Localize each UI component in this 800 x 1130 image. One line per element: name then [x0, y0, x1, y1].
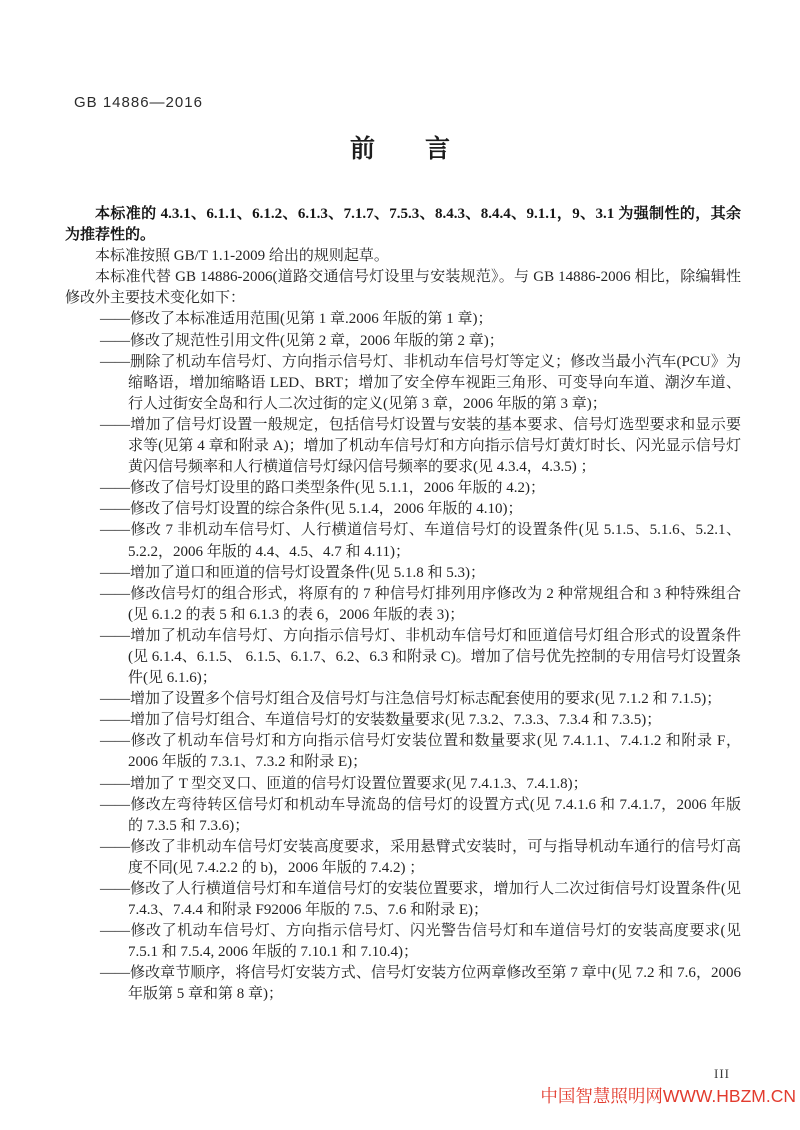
change-item: ——修改信号灯的组合形式，将原有的 7 种信号灯排列用序修改为 2 种常规组合和…	[65, 584, 741, 626]
change-item: ——删除了机动车信号灯、方向指示信号灯、非机动车信号灯等定义；修改当最小汽车(P…	[65, 352, 741, 415]
intro-paragraph: 本标准的 4.3.1、6.1.1、6.1.2、6.1.3、7.1.7、7.5.3…	[65, 204, 741, 246]
change-item: ——修改了信号灯设置的综合条件(见 5.1.4，2006 年版的 4.10)；	[65, 499, 741, 520]
change-item: ——增加了设置多个信号灯组合及信号灯与注急信号灯标志配套使用的要求(见 7.1.…	[65, 689, 741, 710]
intro-paragraph: 本标准按照 GB/T 1.1-2009 给出的规则起草。	[65, 246, 741, 267]
foreword-body: 本标准的 4.3.1、6.1.1、6.1.2、6.1.3、7.1.7、7.5.3…	[65, 204, 741, 1006]
change-item: ——增加了信号灯设置一般规定，包括信号灯设置与安装的基本要求、信号灯选型要求和显…	[65, 415, 741, 478]
page-number: III	[714, 1066, 730, 1082]
change-item: ——修改章节顺序，将信号灯安装方式、信号灯安装方位两章修改至第 7 章中(见 7…	[65, 963, 741, 1005]
change-item: ——修改了机动车信号灯、方向指示信号灯、闪光警告信号灯和车道信号灯的安装高度要求…	[65, 921, 741, 963]
change-item: ——增加了道口和匝道的信号灯设置条件(见 5.1.8 和 5.3)；	[65, 563, 741, 584]
change-item: ——修改了信号灯设里的路口类型条件(见 5.1.1，2006 年版的 4.2)；	[65, 478, 741, 499]
change-item: ——修改左弯待转区信号灯和机动车导流岛的信号灯的设置方式(见 7.4.1.6 和…	[65, 795, 741, 837]
change-item: ——修改了机动车信号灯和方向指示信号灯安装位置和数量要求(见 7.4.1.1、7…	[65, 731, 741, 773]
change-item: ——修改了本标准适用范围(见第 1 章.2006 年版的第 1 章)；	[65, 309, 741, 330]
change-item: ——修改 7 非机动车信号灯、人行横道信号灯、车道信号灯的设置条件(见 5.1.…	[65, 520, 741, 562]
watermark-text: 中国智慧照明网WWW.HBZM.CN	[540, 1083, 796, 1108]
intro-paragraph: 本标准代替 GB 14886-2006(道路交通信号灯设里与安装规范》。与 GB…	[65, 267, 741, 309]
page-title: 前 言	[0, 129, 800, 165]
change-item: ——修改了人行横道信号灯和车道信号灯的安装位置要求，增加行人二次过街信号灯设置条…	[65, 879, 741, 921]
change-item: ——增加了机动车信号灯、方向指示信号灯、非机动车信号灯和匝道信号灯组合形式的设置…	[65, 626, 741, 689]
change-item: ——修改了非机动车信号灯安装高度要求，采用悬臂式安装时，可与指导机动车通行的信号…	[65, 837, 741, 879]
change-item: ——增加了信号灯组合、车道信号灯的安装数量要求(见 7.3.2、7.3.3、7.…	[65, 710, 741, 731]
document-page: GB 14886—2016 前 言 本标准的 4.3.1、6.1.1、6.1.2…	[0, 0, 800, 1130]
change-item: ——修改了规范性引用文件(见第 2 章，2006 年版的第 2 章)；	[65, 331, 741, 352]
standard-number: GB 14886—2016	[74, 94, 203, 111]
change-item: ——增加了 T 型交叉口、匝道的信号灯设置位置要求(见 7.4.1.3、7.4.…	[65, 774, 741, 795]
